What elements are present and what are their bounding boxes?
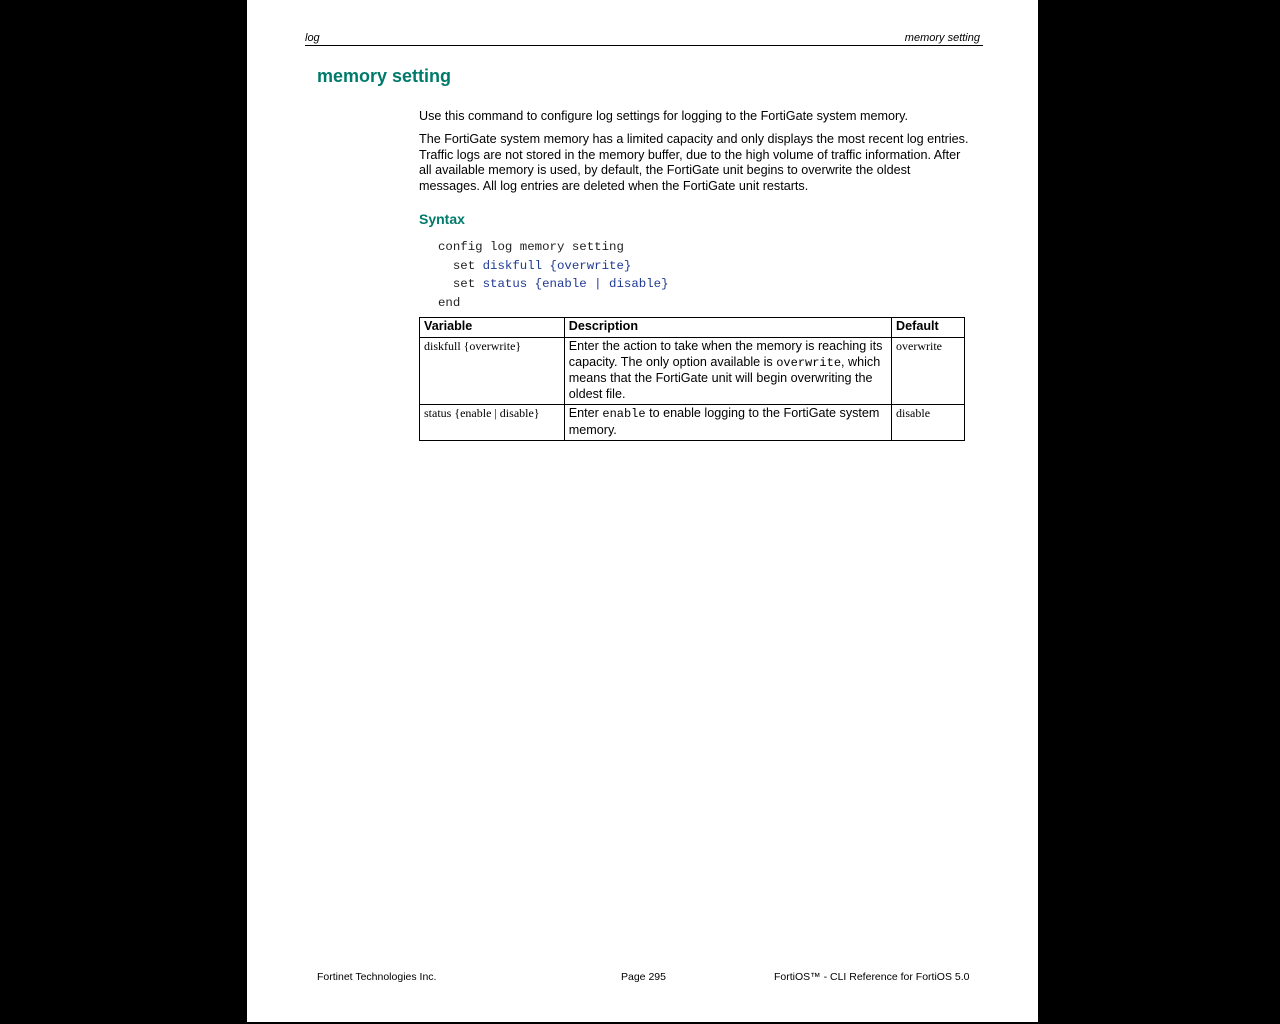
description-paragraph: The FortiGate system memory has a limite… [419, 132, 971, 194]
page-title: memory setting [317, 66, 451, 87]
footer-document-title: FortiOS™ - CLI Reference for FortiOS 5.0 [774, 971, 969, 983]
code-line: set diskfull {overwrite} [438, 257, 669, 276]
intro-paragraph: Use this command to configure log settin… [419, 109, 971, 125]
syntax-heading: Syntax [419, 211, 465, 227]
default-cell: overwrite [892, 338, 965, 405]
table-row: diskfull {overwrite} Enter the action to… [420, 338, 965, 405]
code-line: config log memory setting [438, 238, 669, 257]
variable-cell: status {enable | disable} [420, 405, 565, 441]
footer-company: Fortinet Technologies Inc. [317, 971, 436, 983]
code-line: set status {enable | disable} [438, 275, 669, 294]
syntax-code-block: config log memory setting set diskfull {… [438, 238, 669, 312]
code-line: end [438, 294, 669, 313]
column-header-default: Default [892, 318, 965, 338]
footer-page-number: Page 295 [621, 971, 666, 983]
description-cell: Enter enable to enable logging to the Fo… [564, 405, 891, 441]
description-cell: Enter the action to take when the memory… [564, 338, 891, 405]
column-header-description: Description [564, 318, 891, 338]
running-header-topic: memory setting [905, 32, 980, 44]
table-row: status {enable | disable} Enter enable t… [420, 405, 965, 441]
running-header-section: log [305, 32, 320, 44]
variable-cell: diskfull {overwrite} [420, 338, 565, 405]
header-rule [305, 45, 983, 46]
document-page: log memory setting memory setting Use th… [247, 0, 1038, 1022]
variables-table: Variable Description Default diskfull {o… [419, 317, 965, 441]
table-header-row: Variable Description Default [420, 318, 965, 338]
column-header-variable: Variable [420, 318, 565, 338]
default-cell: disable [892, 405, 965, 441]
